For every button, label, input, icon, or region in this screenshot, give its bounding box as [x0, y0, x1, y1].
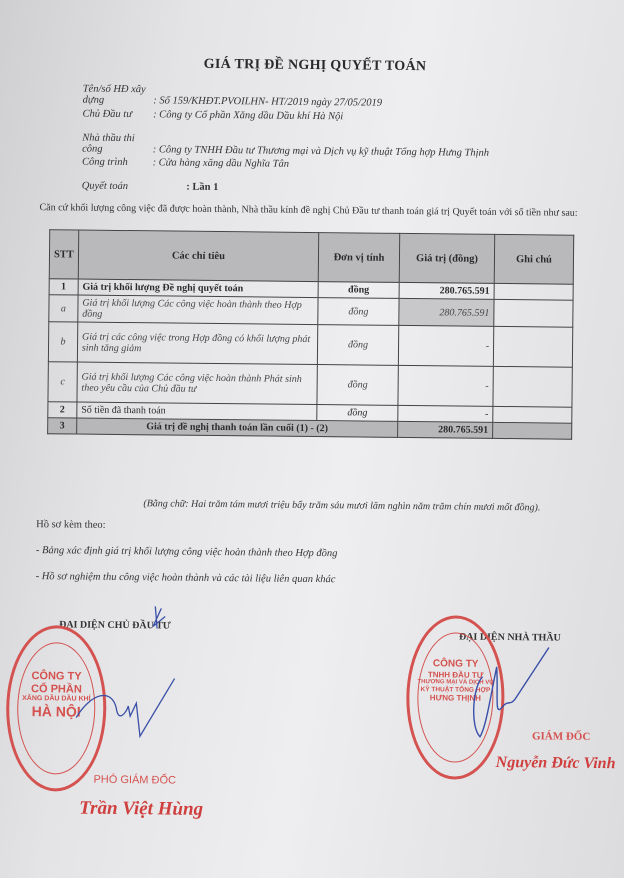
- cell-note: [493, 366, 572, 407]
- cell-desc: Giá trị các công việc trong Hợp đồng có …: [77, 322, 318, 365]
- cell-value: 280.765.591: [399, 298, 494, 326]
- intro-text: Căn cứ khối lượng công việc đã được hoàn…: [39, 202, 577, 219]
- meta-contract: Tên/số HĐ xây dựng : Số 159/KHĐT.PVOILHN…: [83, 84, 383, 109]
- meta-settlement: Quyết toán : Lần 1: [82, 181, 219, 193]
- meta-label: Chủ Đầu tư: [82, 109, 150, 121]
- cell-value: -: [398, 365, 493, 406]
- meta-value: : Số 159/KHĐT.PVOILHN- HT/2019 ngày 27/0…: [153, 95, 382, 108]
- document-title: GIÁ TRỊ ĐỀ NGHỊ QUYẾT TOÁN: [3, 55, 624, 78]
- meta-label: Quyết toán: [82, 181, 150, 193]
- cell-unit: đồng: [318, 282, 399, 299]
- cell-unit: đồng: [317, 405, 398, 422]
- cell-value: 280.765.591: [399, 282, 494, 299]
- contractor-position: GIÁM ĐỐC: [532, 730, 590, 743]
- meta-value: : Lần 1: [186, 182, 218, 193]
- cell-value: -: [398, 325, 493, 366]
- meta-value: : Công ty TNHH Đầu tư Thương mại và Dịch…: [153, 144, 489, 159]
- cell-note: [493, 406, 572, 423]
- cell-note: [494, 299, 573, 327]
- header-note: Ghi chú: [494, 234, 574, 284]
- meta-value: : Công ty Cổ phần Xăng dầu Dầu khí Hà Nộ…: [153, 109, 343, 122]
- cell-desc: Giá trị đề nghị thanh toán lần cuối (1) …: [76, 418, 397, 437]
- header-desc: Các chỉ tiêu: [78, 230, 319, 282]
- meta-investor: Chủ Đầu tư : Công ty Cổ phần Xăng dầu Dầ…: [82, 109, 343, 123]
- settlement-table: STT Các chỉ tiêu Đơn vị tính Giá trị (đồ…: [47, 229, 574, 439]
- header-value: Giá trị (đồng): [399, 233, 495, 283]
- attachments-title: Hồ sơ kèm theo:: [36, 519, 106, 531]
- table-row: b Giá trị các công việc trong Hợp đồng c…: [48, 322, 572, 367]
- meta-project: Công trình : Cửa hàng xăng dầu Nghĩa Tân: [82, 157, 289, 170]
- cell-note: [494, 283, 573, 300]
- attachment-item: - Hồ sơ nghiệm thu công việc hoàn thành …: [36, 571, 336, 585]
- header-unit: Đơn vị tính: [318, 233, 400, 283]
- attachment-item: - Bảng xác định giá trị khối lượng công …: [36, 545, 338, 559]
- cell-stt: 2: [48, 402, 77, 418]
- cell-value: -: [398, 405, 493, 422]
- investor-name: Trần Việt Hùng: [79, 798, 203, 821]
- meta-contractor: Nhà thầu thi công : Công ty TNHH Đầu tư …: [82, 133, 489, 159]
- cell-note: [493, 422, 572, 439]
- investor-signature-icon: [56, 597, 198, 758]
- amount-in-words: (Bằng chữ: Hai trăm tám mươi triệu bẩy t…: [143, 498, 540, 513]
- cell-stt: a: [49, 295, 78, 322]
- cell-stt: b: [48, 322, 77, 362]
- cell-unit: đồng: [317, 325, 398, 366]
- cell-stt: 3: [48, 418, 77, 434]
- cell-stt: c: [48, 362, 77, 402]
- cell-desc: Giá trị khối lượng Các công việc hoàn th…: [78, 295, 318, 325]
- cell-unit: đồng: [318, 298, 399, 326]
- table-header: STT Các chỉ tiêu Đơn vị tính Giá trị (đồ…: [49, 230, 573, 284]
- meta-label: Nhà thầu thi công: [82, 133, 150, 156]
- meta-value: : Cửa hàng xăng dầu Nghĩa Tân: [153, 157, 290, 169]
- cell-stt: 1: [49, 279, 78, 295]
- header-stt: STT: [49, 230, 78, 279]
- cell-value: 280.765.591: [398, 421, 493, 438]
- contractor-name: Nguyễn Đức Vinh: [496, 754, 616, 773]
- cell-note: [493, 326, 572, 367]
- cell-desc: Giá trị khối lượng Các công việc hoàn th…: [77, 362, 318, 405]
- document-page: GIÁ TRỊ ĐỀ NGHỊ QUYẾT TOÁN Tên/số HĐ xây…: [0, 0, 624, 878]
- cell-unit: đồng: [317, 365, 398, 406]
- meta-label: Tên/số HĐ xây dựng: [83, 84, 151, 107]
- investor-position: PHÓ GIÁM ĐỐC: [93, 774, 176, 787]
- table-row: c Giá trị khối lượng Các công việc hoàn …: [48, 362, 572, 407]
- meta-label: Công trình: [82, 157, 150, 169]
